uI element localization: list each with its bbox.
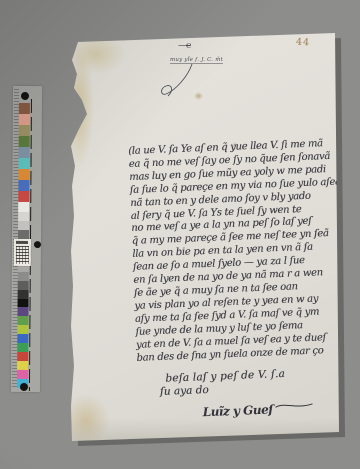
patch-red	[18, 191, 29, 202]
patch-white	[18, 202, 29, 212]
docket-flourish	[158, 62, 200, 106]
registration-dot-bottom	[20, 383, 28, 391]
patch-lime	[17, 325, 28, 334]
patch-gray-80	[18, 221, 29, 230]
patch-green-2	[17, 316, 28, 325]
patch-salmon	[19, 114, 30, 125]
patch-gray-55	[18, 272, 29, 281]
color-calibration-strip	[11, 86, 42, 392]
folio-number: 44	[296, 37, 311, 49]
patch-green	[19, 136, 30, 147]
patch-cyan	[18, 158, 29, 169]
signature-flourish	[275, 400, 315, 412]
patch-orange	[18, 169, 29, 180]
manuscript-page: —℮ muy yl̃e ſ. J. C. m̃t 44 (la ue V. ſa…	[58, 26, 350, 448]
registration-dot-middle	[34, 241, 41, 248]
patch-magenta	[17, 370, 28, 379]
signature: Luĩz y Gueſ	[202, 399, 352, 420]
stain	[66, 34, 126, 74]
patch-purple	[17, 307, 28, 316]
signature-text: Luĩz y Gueſ	[202, 403, 273, 420]
patch-gray-35	[18, 281, 29, 290]
patch-yellow	[17, 361, 28, 370]
patch-red-2	[17, 352, 28, 361]
patch-blue	[18, 180, 29, 191]
stain	[62, 394, 110, 446]
letter-lines: (la ue V. ſa Ye aſ en q̃ yue llea V. ſi …	[128, 137, 351, 365]
manuscript-page-wrap: —℮ muy yl̃e ſ. J. C. m̃t 44 (la ue V. ſa…	[58, 26, 350, 448]
archival-photo-scene: —℮ muy yl̃e ſ. J. C. m̃t 44 (la ue V. ſa…	[0, 0, 360, 469]
patch-id-target	[14, 239, 31, 266]
letter-text-block: (la ue V. ſa Ye aſ en q̃ yue llea V. ſi …	[128, 137, 353, 422]
cancelled-mark: —℮	[178, 40, 190, 51]
patch-blue-2	[17, 334, 28, 343]
patch-black	[18, 299, 29, 307]
patch-brown	[19, 103, 30, 114]
patch-slate-blue	[19, 147, 30, 158]
patch-emerald	[17, 343, 28, 352]
stain	[64, 48, 94, 168]
patch-gray-40	[18, 230, 29, 239]
registration-dot-top	[21, 92, 29, 100]
patch-gray-90	[18, 212, 29, 221]
patch-olive	[19, 125, 30, 136]
patch-gray-20	[18, 290, 29, 299]
strip-patches	[17, 103, 30, 388]
